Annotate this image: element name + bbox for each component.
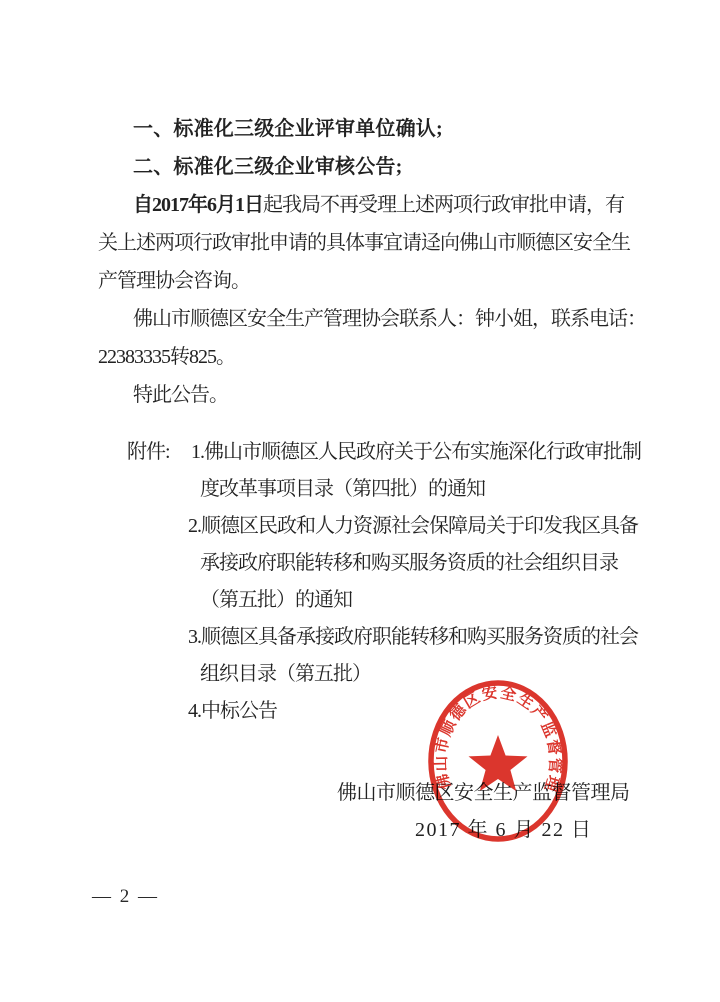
signature-organization: 佛山市顺德区安全生产监督管理局 <box>337 776 630 805</box>
attachment-item-2-line-3: （第五批）的通知 <box>98 582 668 619</box>
body-line-3: 产管理协会咨询。 <box>98 262 668 300</box>
attachment-item-1-line-2: 度改革事项目录（第四批）的通知 <box>98 471 668 508</box>
attachment-item-2-number: 2. <box>188 515 201 537</box>
attachment-item-1-number: 1. <box>191 441 204 463</box>
body-line-closing: 特此公告。 <box>98 376 668 414</box>
attachment-item-1-line-1: 附件:1.佛山市顺德区人民政府关于公布实施深化行政审批制 <box>98 434 668 471</box>
attachment-item-3-line-2: 组织目录（第五批） <box>98 656 668 693</box>
attachment-item-2-line-1: 2.顺德区民政和人力资源社会保障局关于印发我区具备 <box>98 508 668 545</box>
document-page: 一、标准化三级企业评审单位确认; 二、标准化三级企业审核公告; 自2017年6月… <box>0 0 720 1002</box>
signature-date: 2017 年 6 月 22 日 <box>415 813 593 842</box>
body-line-2: 关上述两项行政审批申请的具体事宜请迳向佛山市顺德区安全生 <box>98 224 668 262</box>
body-line-phone: 22383335转825。 <box>98 338 668 376</box>
body-line-1: 自2017年6月1日起我局不再受理上述两项行政审批申请，有 <box>98 186 668 224</box>
attachment-item-4-text: 中标公告 <box>201 700 277 722</box>
attachment-item-3-line-1: 3.顺德区具备承接政府职能转移和购买服务资质的社会 <box>98 619 668 656</box>
attachment-item-1-text: 佛山市顺德区人民政府关于公布实施深化行政审批制 <box>204 441 641 463</box>
attachment-label: 附件: <box>127 434 191 471</box>
page-number: — 2 — <box>92 886 159 908</box>
document-body: 一、标准化三级企业评审单位确认; 二、标准化三级企业审核公告; 自2017年6月… <box>98 110 668 414</box>
body-line-contact: 佛山市顺德区安全生产管理协会联系人：钟小姐，联系电话： <box>98 300 668 338</box>
attachment-item-3-number: 3. <box>188 626 201 648</box>
attachment-item-2-line-2: 承接政府职能转移和购买服务资质的社会组织目录 <box>98 545 668 582</box>
attachment-item-4-line-1: 4.中标公告 <box>98 693 668 730</box>
attachment-item-2-text: 顺德区民政和人力资源社会保障局关于印发我区具备 <box>201 515 638 537</box>
attachment-item-4-number: 4. <box>188 700 201 722</box>
list-item-two: 二、标准化三级企业审核公告; <box>98 148 668 186</box>
body-line-1-rest: 起我局不再受理上述两项行政审批申请，有 <box>263 194 624 216</box>
attachment-section: 附件:1.佛山市顺德区人民政府关于公布实施深化行政审批制 度改革事项目录（第四批… <box>98 434 668 730</box>
attachment-item-3-text: 顺德区具备承接政府职能转移和购买服务资质的社会 <box>201 626 638 648</box>
effective-date-bold: 自2017年6月1日 <box>133 194 263 216</box>
list-item-one: 一、标准化三级企业评审单位确认; <box>98 110 668 148</box>
